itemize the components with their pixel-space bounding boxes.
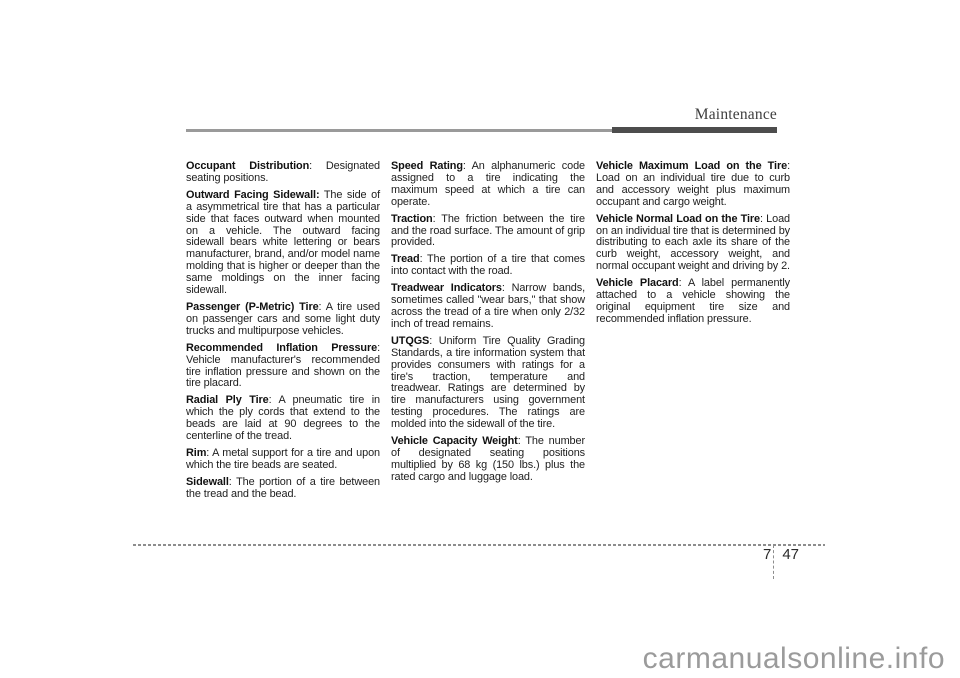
glossary-term: Tread	[391, 253, 420, 265]
page-number-value: 47	[782, 547, 799, 562]
glossary-term: Vehicle Capacity Weight	[391, 435, 518, 447]
glossary-term: Traction	[391, 213, 433, 225]
glossary-term: Vehicle Normal Load on the Tire	[596, 213, 760, 225]
text-column-3: Vehicle Maximum Load on the Tire: Load o…	[596, 161, 790, 506]
glossary-definition: : The portion of a tire that comes into …	[391, 253, 585, 277]
footer-dashed-rule	[133, 544, 825, 546]
section-title: Maintenance	[695, 106, 777, 124]
glossary-term: Outward Facing Sidewall:	[186, 189, 319, 201]
glossary-entry: Radial Ply Tire: A pneumatic tire in whi…	[186, 395, 380, 443]
glossary-entry: Treadwear Indicators: Narrow bands, some…	[391, 283, 585, 331]
glossary-entry: Outward Facing Sidewall: The side of a a…	[186, 190, 380, 297]
glossary-term: Sidewall	[186, 476, 229, 488]
chapter-number: 7	[763, 547, 771, 562]
glossary-entry: Speed Rating: An alphanumeric code assig…	[391, 161, 585, 209]
glossary-term: Vehicle Maximum Load on the Tire	[596, 160, 787, 172]
glossary-term: UTQGS	[391, 335, 429, 347]
glossary-term: Speed Rating	[391, 160, 463, 172]
header-rule-dark-segment	[612, 127, 777, 133]
glossary-term: Rim	[186, 447, 206, 459]
manual-page: Maintenance Occupant Distribution: Desig…	[0, 0, 960, 678]
glossary-term: Recommended Inflation Pressure	[186, 342, 377, 354]
glossary-entry: UTQGS: Uniform Tire Quality Grading Stan…	[391, 336, 585, 431]
glossary-definition: : A metal support for a tire and upon wh…	[186, 447, 380, 471]
page-number: 7 47	[763, 547, 799, 562]
watermark: carmanualsonline.info	[643, 643, 945, 675]
glossary-entry: Vehicle Capacity Weight: The number of d…	[391, 436, 585, 484]
glossary-entry: Passenger (P-Metric) Tire: A tire used o…	[186, 302, 380, 338]
glossary-entry: Recommended Inflation Pressure: Vehicle …	[186, 343, 380, 391]
glossary-definition: : Uniform Tire Quality Grading Standards…	[391, 335, 585, 430]
glossary-entry: Vehicle Maximum Load on the Tire: Load o…	[596, 161, 790, 209]
glossary-entry: Occupant Distribution: Designated seatin…	[186, 161, 380, 185]
glossary-entry: Traction: The friction between the tire …	[391, 214, 585, 250]
glossary-term: Treadwear Indicators	[391, 282, 502, 294]
glossary-entry: Sidewall: The portion of a tire between …	[186, 477, 380, 501]
glossary-term: Radial Ply Tire	[186, 394, 269, 406]
glossary-term: Occupant Distribution	[186, 160, 309, 172]
glossary-definition: The side of a asymmetrical tire that has…	[186, 189, 380, 296]
glossary-columns: Occupant Distribution: Designated seatin…	[186, 161, 790, 506]
glossary-entry: Vehicle Placard: A label permanently att…	[596, 278, 790, 326]
glossary-entry: Vehicle Normal Load on the Tire: Load on…	[596, 214, 790, 274]
text-column-1: Occupant Distribution: Designated seatin…	[186, 161, 380, 506]
header-rule	[186, 127, 777, 133]
glossary-entry: Tread: The portion of a tire that comes …	[391, 254, 585, 278]
glossary-entry: Rim: A metal support for a tire and upon…	[186, 448, 380, 472]
glossary-term: Vehicle Placard	[596, 277, 679, 289]
glossary-term: Passenger (P-Metric) Tire	[186, 301, 319, 313]
text-column-2: Speed Rating: An alphanumeric code assig…	[391, 161, 585, 506]
header-rule-light-segment	[186, 129, 613, 132]
